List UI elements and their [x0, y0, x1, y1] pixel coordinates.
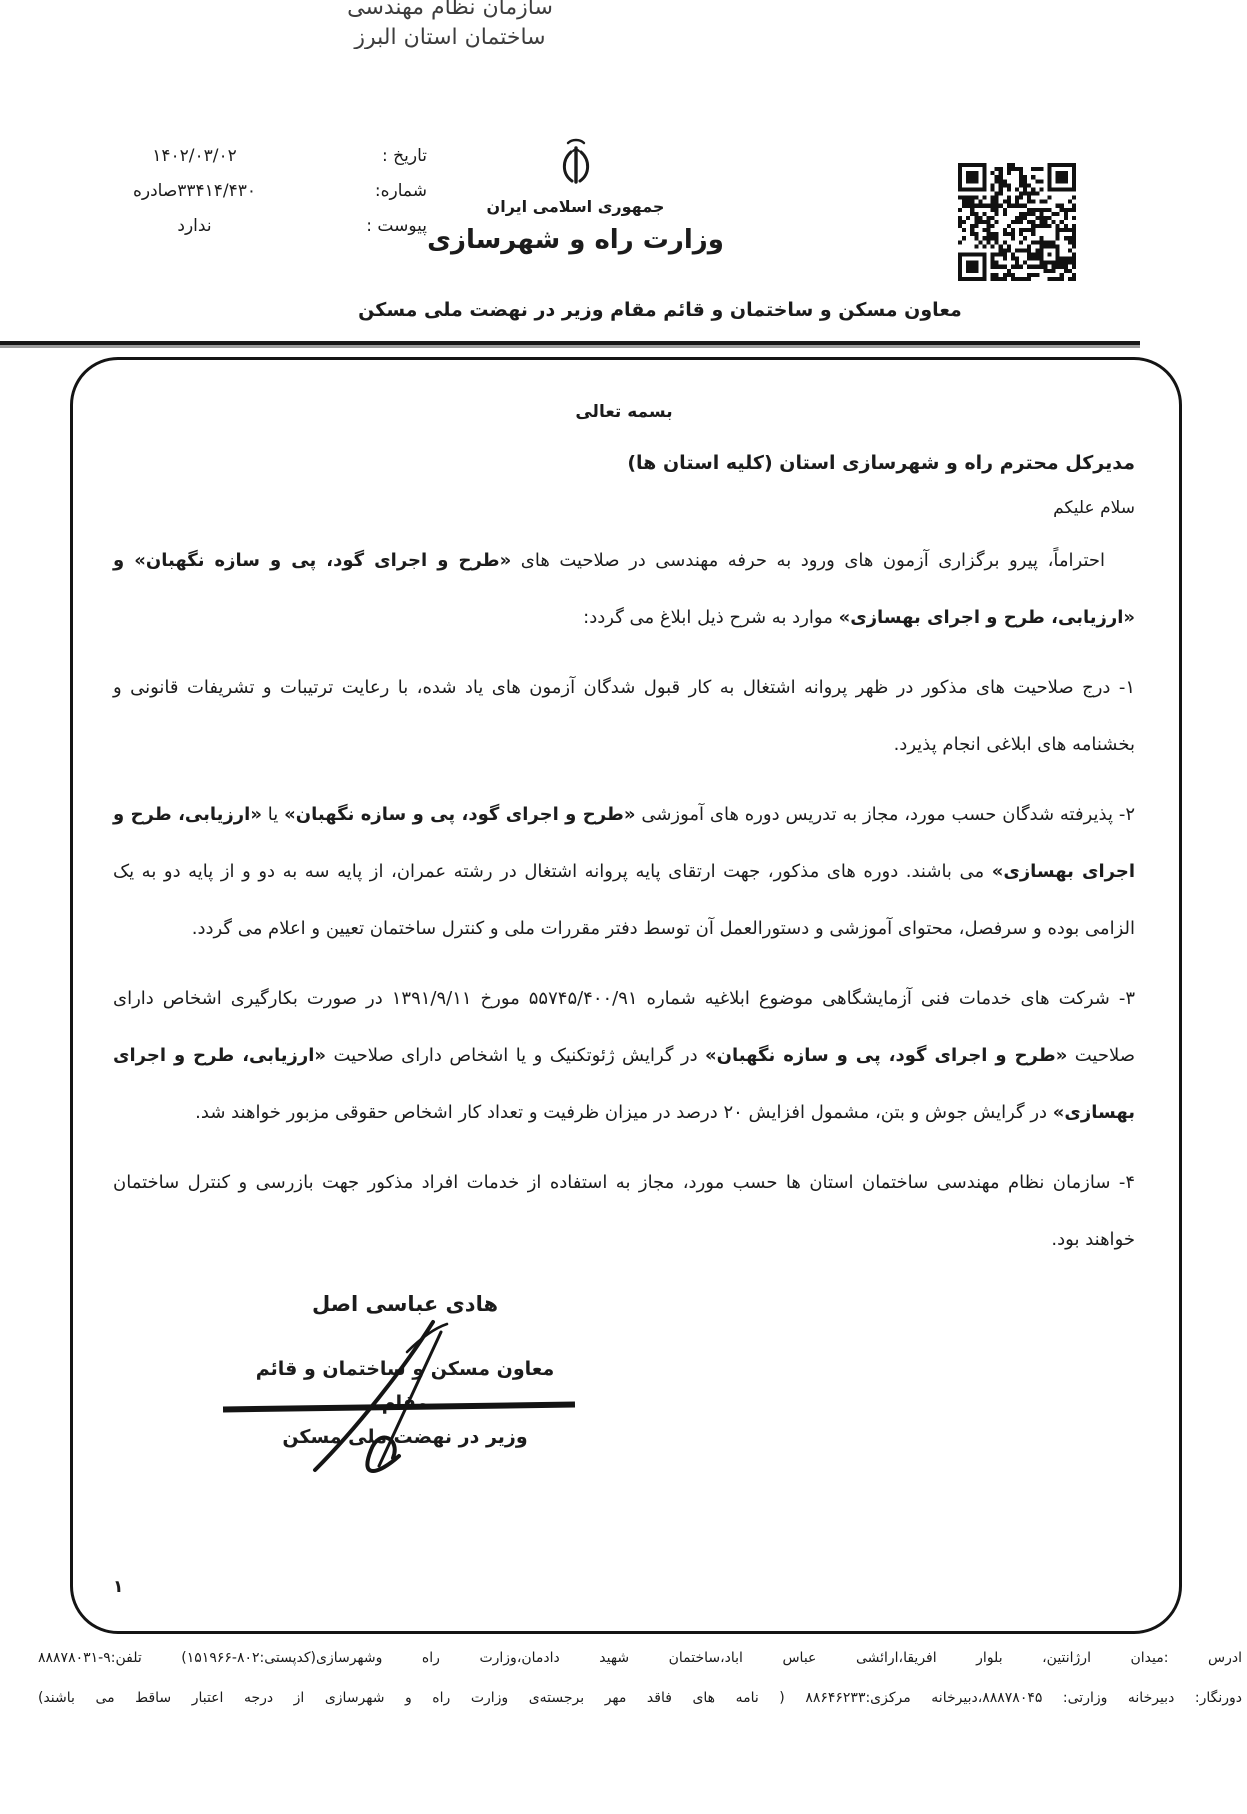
qr-code: [958, 163, 1076, 281]
footer: ادرس :میدان ارژانتین، بلوار افریقا،ارائش…: [38, 1638, 1242, 1718]
header-divider: [0, 341, 1140, 345]
number-value: ۳۳۴۱۴/۴۳۰صادره: [67, 181, 322, 201]
intro-paragraph: احتراماً، پیرو برگزاری آزمون های ورود به…: [113, 532, 1135, 646]
meta-row-number: شماره: ۳۳۴۱۴/۴۳۰صادره: [55, 181, 427, 201]
signature-name: هادی عباسی اصل: [235, 1292, 575, 1316]
number-label: شماره:: [322, 181, 427, 201]
footer-line-2: دورنگار: دبیرخانه وزارتی: ۸۸۸۷۸۰۴۵،دبیرخ…: [38, 1678, 1242, 1718]
scanned-letter-page: سازمان نظام مهندسی ساختمان استان البرز ت…: [0, 0, 1247, 1814]
header-center: جمهوری اسلامی ایران وزارت راه و شهرسازی: [428, 134, 723, 255]
besmele: بسمه تعالی: [113, 402, 1135, 422]
ministry-name: وزارت راه و شهرسازی: [427, 225, 724, 255]
letter-item-2: ۲- پذیرفته شدگان حسب مورد، مجاز به تدریس…: [113, 786, 1135, 957]
date-label: تاریخ :: [322, 146, 427, 166]
signature-title-2: وزیر در نهضت ملی مسکن: [235, 1420, 575, 1454]
meta-row-date: تاریخ : ۱۴۰۲/۰۳/۰۲: [55, 146, 427, 166]
iran-emblem-icon: [553, 134, 599, 190]
letter-meta: تاریخ : ۱۴۰۲/۰۳/۰۲ شماره: ۳۳۴۱۴/۴۳۰صادره…: [55, 146, 427, 251]
org-stamp-line2: ساختمان استان البرز: [250, 23, 650, 49]
salutation: سلام علیکم: [113, 498, 1135, 518]
letter-item-1: ۱- درج صلاحیت های مذکور در ظهر پروانه اش…: [113, 659, 1135, 773]
country-name: جمهوری اسلامی ایران: [487, 197, 665, 216]
org-stamp-line1: سازمان نظام مهندسی: [250, 0, 650, 23]
letter-item-3: ۳- شرکت های خدمات فنی آزمایشگاهی موضوع ا…: [113, 970, 1135, 1141]
date-value: ۱۴۰۲/۰۳/۰۲: [67, 146, 322, 166]
attachment-value: ندارد: [67, 216, 322, 236]
org-stamp: سازمان نظام مهندسی ساختمان استان البرز: [250, 0, 650, 49]
footer-line-1: ادرس :میدان ارژانتین، بلوار افریقا،ارائش…: [38, 1638, 1242, 1678]
meta-row-attachment: پیوست : ندارد: [55, 216, 427, 236]
page-number: ۱: [113, 1577, 123, 1597]
deputy-line: معاون مسکن و ساختمان و قائم مقام وزیر در…: [300, 299, 1020, 321]
attachment-label: پیوست :: [322, 216, 427, 236]
signature-block: هادی عباسی اصل معاون مسکن و ساختمان و قا…: [235, 1292, 575, 1454]
recipient-line: مدیرکل محترم راه و شهرسازی استان (کلیه ا…: [113, 452, 1135, 474]
letter-item-4: ۴- سازمان نظام مهندسی ساختمان استان ها ح…: [113, 1154, 1135, 1268]
letter-body-box: بسمه تعالی مدیرکل محترم راه و شهرسازی اس…: [70, 357, 1182, 1634]
